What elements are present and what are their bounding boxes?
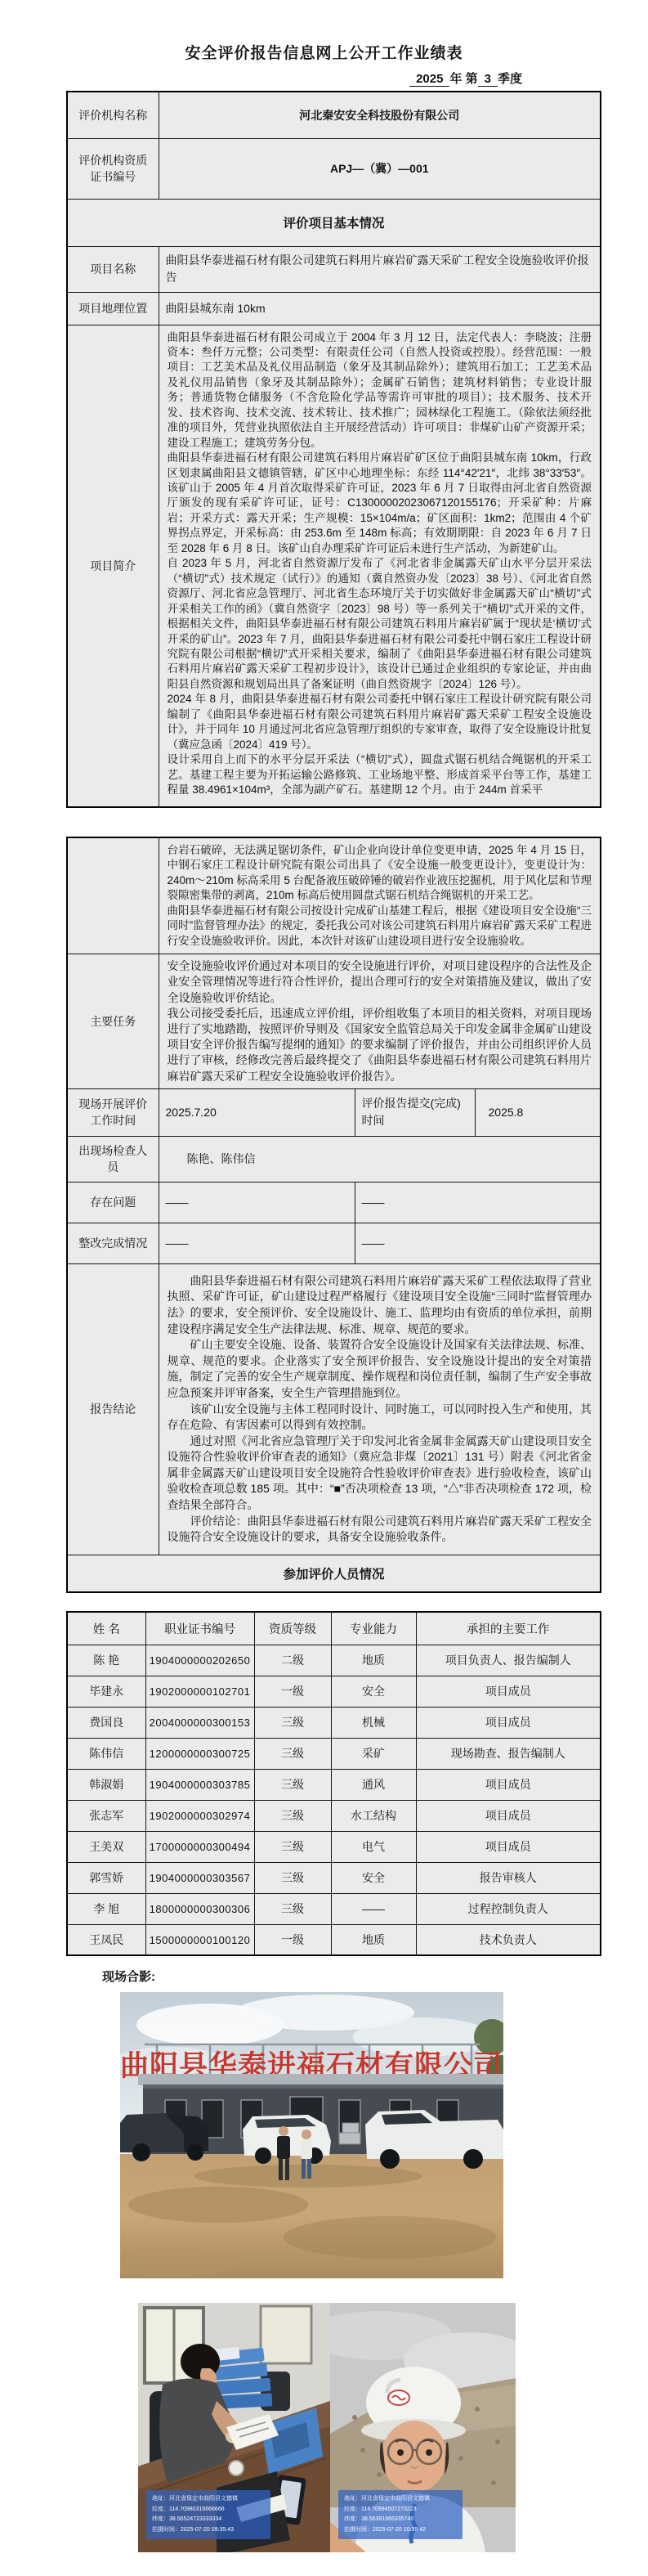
person-name: 王凤民 bbox=[67, 1924, 145, 1955]
person-cert: 1200000000300725 bbox=[145, 1738, 254, 1769]
person-role: 项目成员 bbox=[416, 1707, 601, 1738]
person-role: 报告审核人 bbox=[416, 1862, 601, 1893]
person-role: 项目成员 bbox=[416, 1831, 601, 1862]
person-name: 郭雪娇 bbox=[67, 1862, 145, 1893]
person-role: 过程控制负责人 bbox=[416, 1893, 601, 1924]
stone-blocks bbox=[339, 2123, 360, 2144]
project-location-label: 项目地理位置 bbox=[67, 292, 159, 325]
project-name-value: 曲阳县华泰进福石材有限公司建筑石料用片麻岩矿露天采矿工程安全设施验收评价报告 bbox=[159, 246, 601, 292]
project-intro-label: 项目简介 bbox=[67, 325, 159, 807]
intro-paragraph: 自 2023 年 5 月，河北省自然资源厅发布了《河北省非金属露天矿山水平分层开… bbox=[168, 556, 592, 692]
person-role: 项目负责人、报告编制人 bbox=[416, 1645, 601, 1676]
person-name: 陈伟信 bbox=[67, 1738, 145, 1769]
table-row: 韩淑娟1904000000303785三级通风项目成员 bbox=[67, 1769, 601, 1800]
report-period: 2025年 第3季度 bbox=[66, 70, 600, 87]
person-name: 王美双 bbox=[67, 1831, 145, 1862]
watermark-address: 地址：河北省保定市曲阳县文德镇 bbox=[344, 2494, 457, 2505]
watermark-longitude: 经度：114.70980316666666 bbox=[152, 2505, 265, 2515]
project-intro-text: 曲阳县华泰进福石材有限公司成立于 2004 年 3 月 12 日，法定代表人：李… bbox=[159, 325, 601, 807]
watermark-time: 拍摄时间：2025-07-20 10:39:42 bbox=[344, 2525, 457, 2536]
agency-cert-value: APJ—（冀）—001 bbox=[159, 138, 601, 199]
site-photo-office: 地址：河北省保定市曲阳县文德镇 经度：114.70980316666666 纬度… bbox=[138, 2303, 330, 2552]
problems-value-2: —— bbox=[355, 1182, 601, 1223]
person-cert: 2004000000300153 bbox=[145, 1707, 254, 1738]
person-cert: 1904000000202650 bbox=[145, 1645, 254, 1676]
conclusion-paragraph: 曲阳县华泰进福石材有限公司建筑石料用片麻岩矿露天采矿工程依法取得了营业执照、采矿… bbox=[168, 1273, 592, 1337]
intro-paragraph: 曲阳县华泰进福石材有限公司按设计完成矿山基建工程后，根据《建设项目安全设施“三同… bbox=[168, 904, 592, 949]
col-header-cert: 职业证书编号 bbox=[145, 1612, 254, 1645]
person-level: 三级 bbox=[254, 1893, 331, 1924]
table-row: 报告结论 曲阳县华泰进福石材有限公司建筑石料用片麻岩矿露天采矿工程依法取得了营业… bbox=[67, 1263, 601, 1555]
table-row: 评价项目基本情况 bbox=[67, 199, 601, 246]
site-work-time-label: 现场开展评价工作时间 bbox=[67, 1088, 159, 1136]
conclusion-paragraph: 矿山主要安全设施、设备、装置符合安全设施设计及国家有关法律法规、标准、规章、规范… bbox=[168, 1337, 592, 1401]
project-location-value: 曲阳县城东南 10km bbox=[159, 292, 601, 325]
section-participants-header: 参加评价人员情况 bbox=[67, 1555, 601, 1592]
watermark-latitude: 纬度：38.56391666335740 bbox=[344, 2515, 457, 2525]
rectification-value-2: —— bbox=[355, 1223, 601, 1263]
person-specialty: 水工结构 bbox=[331, 1800, 416, 1831]
table-row: 毕建永1902000000102701一级安全项目成员 bbox=[67, 1676, 601, 1707]
table-row: 项目简介 曲阳县华泰进福石材有限公司成立于 2004 年 3 月 12 日，法定… bbox=[67, 325, 601, 807]
intro-paragraph: 台岩石破碎，无法满足锯切条件，矿山企业向设计单位变更申请，2025 年 4 月 … bbox=[168, 843, 592, 904]
tasks-paragraph: 我公司接受委托后，迅速成立评价组，评价组收集了本项目的相关资料，对项目现场进行了… bbox=[168, 1006, 592, 1084]
person-role: 项目成员 bbox=[416, 1800, 601, 1831]
section-basic-header: 评价项目基本情况 bbox=[67, 199, 601, 246]
watermark-time: 拍摄时间：2025-07-20 09:35:43 bbox=[152, 2525, 265, 2536]
person-role: 现场勘查、报告编制人 bbox=[416, 1738, 601, 1769]
quarter-prefix: 第 bbox=[466, 72, 478, 86]
person-level: 三级 bbox=[254, 1831, 331, 1862]
person-cert: 1700000000300494 bbox=[145, 1831, 254, 1862]
conclusion-paragraph: 评价结论：曲阳县华泰进福石材有限公司建筑石料用片麻岩矿露天采矿工程安全设施符合安… bbox=[168, 1514, 592, 1546]
watermark-longitude: 经度：114.70994507273223 bbox=[344, 2505, 457, 2515]
agency-name-value: 河北秦安安全科技股份有限公司 bbox=[159, 92, 601, 138]
table-row: 主要任务 安全设施验收评价通过对本项目的安全设施进行评价，对项目建设程序的合法性… bbox=[67, 954, 601, 1089]
person-name: 费国良 bbox=[67, 1707, 145, 1738]
person-name: 李 旭 bbox=[67, 1893, 145, 1924]
person-cert: 1904000000303785 bbox=[145, 1769, 254, 1800]
person-specialty: 安全 bbox=[331, 1676, 416, 1707]
group-photo-label: 现场合影: bbox=[102, 1968, 648, 1986]
table-row: 参加评价人员情况 bbox=[67, 1555, 601, 1592]
site-photo-building: 曲阳县华泰进福石材有限公司 bbox=[120, 1992, 503, 2278]
report-submit-value: 2025.8 bbox=[475, 1088, 601, 1136]
table-row: 存在问题 —— —— bbox=[67, 1182, 601, 1223]
agency-cert-label: 评价机构资质证书编号 bbox=[67, 138, 159, 199]
person-specialty: 通风 bbox=[331, 1769, 416, 1800]
intro-continuation-empty-label bbox=[67, 837, 159, 954]
person-role: 项目成员 bbox=[416, 1769, 601, 1800]
watermark-latitude: 纬度：38.56524723333334 bbox=[152, 2515, 265, 2525]
report-submit-label: 评价报告提交(完成)时间 bbox=[355, 1088, 475, 1136]
person-specialty: —— bbox=[331, 1893, 416, 1924]
table-row: 郭雪娇1904000000303567三级安全报告审核人 bbox=[67, 1862, 601, 1893]
person-cert: 1902000000302974 bbox=[145, 1800, 254, 1831]
person-specialty: 地质 bbox=[331, 1645, 416, 1676]
col-header-name: 姓 名 bbox=[67, 1612, 145, 1645]
person-level: 三级 bbox=[254, 1800, 331, 1831]
person-level: 三级 bbox=[254, 1738, 331, 1769]
gps-watermark: 地址：河北省保定市曲阳县文德镇 经度：114.70994507273223 纬度… bbox=[338, 2490, 463, 2539]
person-specialty: 采矿 bbox=[331, 1738, 416, 1769]
tasks-text: 安全设施验收评价通过对本项目的安全设施进行评价，对项目建设程序的合法性及企业安全… bbox=[159, 954, 601, 1089]
col-header-level: 资质等级 bbox=[254, 1612, 331, 1645]
table-row: 王凤民1500000000100120一级地质技术负责人 bbox=[67, 1924, 601, 1955]
agency-project-table: 评价机构名称 河北秦安安全科技股份有限公司 评价机构资质证书编号 APJ—（冀）… bbox=[66, 91, 601, 808]
person-specialty: 电气 bbox=[331, 1831, 416, 1862]
person-cert: 1904000000303567 bbox=[145, 1862, 254, 1893]
tasks-label: 主要任务 bbox=[67, 954, 159, 1089]
person-name: 张志军 bbox=[67, 1800, 145, 1831]
table-row: 费国良2004000000300153三级机械项目成员 bbox=[67, 1707, 601, 1738]
intro-paragraph: 曲阳县华泰进福石材有限公司建筑石料用片麻岩矿矿区位于曲阳县城东南 10km，行政… bbox=[168, 451, 592, 556]
table-row: 台岩石破碎，无法满足锯切条件，矿山企业向设计单位变更申请，2025 年 4 月 … bbox=[67, 837, 601, 954]
person-level: 一级 bbox=[254, 1676, 331, 1707]
problems-label: 存在问题 bbox=[67, 1182, 159, 1223]
tasks-paragraph: 安全设施验收评价通过对本项目的安全设施进行评价，对项目建设程序的合法性及企业安全… bbox=[168, 958, 592, 1006]
conclusion-paragraph: 通过对照《河北省应急管理厅关于印发河北省金属非金属露天矿山建设项目安全设施符合性… bbox=[168, 1434, 592, 1514]
site-inspectors-label: 出现场检查人员 bbox=[67, 1136, 159, 1182]
person-level: 二级 bbox=[254, 1645, 331, 1676]
person-level: 三级 bbox=[254, 1769, 331, 1800]
person-role: 技术负责人 bbox=[416, 1924, 601, 1955]
watermark-address: 地址：河北省保定市曲阳县文德镇 bbox=[152, 2494, 265, 2505]
project-intro-continuation: 台岩石破碎，无法满足锯切条件，矿山企业向设计单位变更申请，2025 年 4 月 … bbox=[159, 837, 601, 954]
site-photo-selfie: 地址：河北省保定市曲阳县文德镇 经度：114.70994507273223 纬度… bbox=[330, 2303, 516, 2552]
evaluation-detail-table: 台岩石破碎，无法满足锯切条件，矿山企业向设计单位变更申请，2025 年 4 月 … bbox=[66, 837, 601, 1593]
personnel-table: 姓 名 职业证书编号 资质等级 专业能力 承担的主要工作 陈 艳19040000… bbox=[66, 1611, 601, 1956]
intro-paragraph: 曲阳县华泰进福石材有限公司成立于 2004 年 3 月 12 日，法定代表人：李… bbox=[168, 330, 592, 451]
table-row: 评价机构资质证书编号 APJ—（冀）—001 bbox=[67, 138, 601, 199]
table-row: 李 旭1800000000300306三级——过程控制负责人 bbox=[67, 1893, 601, 1924]
table-row: 陈 艳1904000000202650二级地质项目负责人、报告编制人 bbox=[67, 1645, 601, 1676]
person-role: 项目成员 bbox=[416, 1676, 601, 1707]
year-value: 2025 bbox=[409, 72, 449, 87]
person-name: 韩淑娟 bbox=[67, 1769, 145, 1800]
person-specialty: 安全 bbox=[331, 1862, 416, 1893]
photo-row: 地址：河北省保定市曲阳县文德镇 经度：114.70980316666666 纬度… bbox=[138, 2303, 648, 2552]
table-row: 出现场检查人员 陈艳、陈伟信 bbox=[67, 1136, 601, 1182]
page-title: 安全评价报告信息网上公开工作业绩表 bbox=[0, 0, 648, 63]
person-specialty: 机械 bbox=[331, 1707, 416, 1738]
quarter-suffix: 季度 bbox=[498, 72, 522, 86]
person-level: 三级 bbox=[254, 1707, 331, 1738]
rectification-label: 整改完成情况 bbox=[67, 1223, 159, 1263]
rectification-value-1: —— bbox=[159, 1223, 355, 1263]
intro-paragraph: 设计采用自上而下的水平分层开采法（“横切”式），圆盘式锯石机结合绳锯机的开采工艺… bbox=[168, 752, 592, 797]
table-row: 陈伟信1200000000300725三级采矿现场勘查、报告编制人 bbox=[67, 1738, 601, 1769]
table-row: 王美双1700000000300494三级电气项目成员 bbox=[67, 1831, 601, 1862]
year-label: 年 bbox=[449, 72, 462, 86]
agency-name-label: 评价机构名称 bbox=[67, 92, 159, 138]
person-cert: 1902000000102701 bbox=[145, 1676, 254, 1707]
problems-value-1: —— bbox=[159, 1182, 355, 1223]
table-row: 张志军1902000000302974三级水工结构项目成员 bbox=[67, 1800, 601, 1831]
gps-watermark: 地址：河北省保定市曲阳县文德镇 经度：114.70980316666666 纬度… bbox=[146, 2490, 270, 2539]
person-name: 毕建永 bbox=[67, 1676, 145, 1707]
dirt-ground bbox=[120, 2154, 503, 2278]
person-specialty: 地质 bbox=[331, 1924, 416, 1955]
person-cert: 1800000000300306 bbox=[145, 1893, 254, 1924]
table-row: 项目名称 曲阳县华泰进福石材有限公司建筑石料用片麻岩矿露天采矿工程安全设施验收评… bbox=[67, 246, 601, 292]
person-cert: 1500000000100120 bbox=[145, 1924, 254, 1955]
person-level: 一级 bbox=[254, 1924, 331, 1955]
table-row: 评价机构名称 河北秦安安全科技股份有限公司 bbox=[67, 92, 601, 138]
col-header-specialty: 专业能力 bbox=[331, 1612, 416, 1645]
conclusion-paragraph: 该矿山安全设施与主体工程同时设计、同时施工，可以同时投入生产和使用，其存在危险、… bbox=[168, 1402, 592, 1434]
site-work-time-value: 2025.7.20 bbox=[159, 1088, 355, 1136]
col-header-role: 承担的主要工作 bbox=[416, 1612, 601, 1645]
intro-paragraph: 2024 年 8 月，曲阳县华泰进福石材有限公司委托中钢石家庄工程设计研究院有限… bbox=[168, 692, 592, 752]
quarter-value: 3 bbox=[478, 72, 498, 87]
conclusion-label: 报告结论 bbox=[67, 1263, 159, 1555]
conclusion-text: 曲阳县华泰进福石材有限公司建筑石料用片麻岩矿露天采矿工程依法取得了营业执照、采矿… bbox=[159, 1263, 601, 1555]
table-row: 项目地理位置 曲阳县城东南 10km bbox=[67, 292, 601, 325]
project-name-label: 项目名称 bbox=[67, 246, 159, 292]
site-inspectors-value: 陈艳、陈伟信 bbox=[159, 1136, 601, 1182]
personnel-header-row: 姓 名 职业证书编号 资质等级 专业能力 承担的主要工作 bbox=[67, 1612, 601, 1645]
table-row: 现场开展评价工作时间 2025.7.20 评价报告提交(完成)时间 2025.8 bbox=[67, 1088, 601, 1136]
person-level: 三级 bbox=[254, 1862, 331, 1893]
person-name: 陈 艳 bbox=[67, 1645, 145, 1676]
table-row: 整改完成情况 —— —— bbox=[67, 1223, 601, 1263]
